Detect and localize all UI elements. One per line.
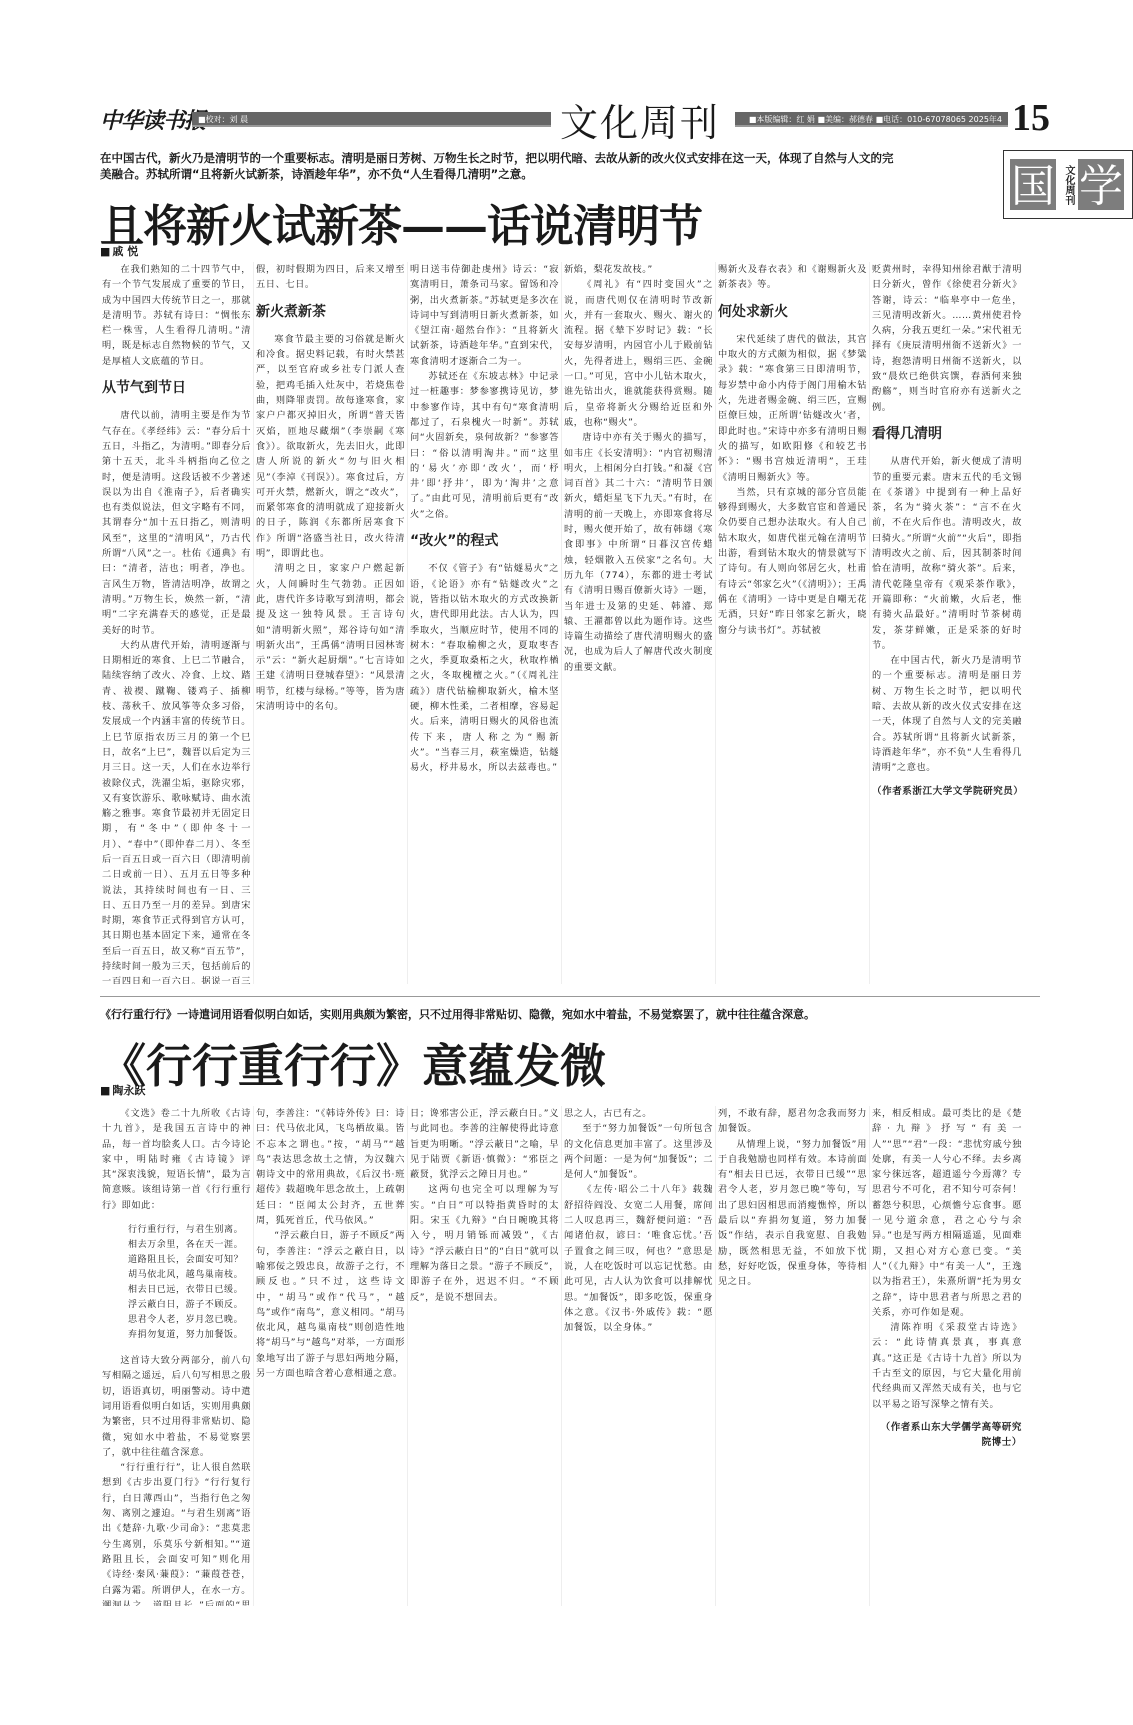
article2-lede: 《行行重行行》一诗遣词用语看似明白如话，实则用典颇为繁密，只不过用得非常贴切、隐… [100,1006,1040,1022]
poem-line: 相去万余里，各在天一涯。 [128,1238,251,1253]
paragraph: 唐诗中亦有关于赐火的描写，如韦庄《长安清明》：“内官初赐清明火，上相闲分白打钱。… [564,430,713,675]
newspaper-logo: 中华读书报 [100,104,205,135]
paragraph: 唐代以前，清明主要是作为节气存在。《孝经纬》云：“春分后十五日，斗指乙，为清明。… [102,408,251,637]
editor-info-bar: ■本版编辑：红 娟 ■美编：郝德春 ■电话：010-67078065 2025年… [735,112,1008,127]
paragraph: 当然，只有京城的部分官员能够得到赐火，大多数官宦和普通民众仍要自己想办法取火。有… [718,485,867,638]
paragraph: 清陈祚明《采菽堂古诗选》云：“此诗情真景真，事真意真。”这正是《古诗十九首》所以… [872,1320,1022,1412]
badge-middle-text: 文化周刊 [1060,157,1074,212]
masthead: 中华读书报 ■校对：刘 晨 文化周刊 ■本版编辑：红 娟 ■美编：郝德春 ■电话… [100,92,1040,140]
section-heading: 新火煮新茶 [256,305,405,320]
section-heading: “改火”的程式 [410,534,559,549]
author-note: （作者系山东大学儒学高等研究院博士） [872,1420,1022,1451]
article2-column-1: 《文选》卷二十九所收《古诗十九首》，是我国五言诗中的神品，每一首均脍炙人口。古今… [100,1106,254,1606]
paragraph: 明日送韦侍御赴虔州》诗云：“寂寞清明日，萧条司马家。留饧和冷粥，出火煮新茶。”苏… [410,262,559,369]
paragraph: 从情理上说，“努力加餐饭”用于自我勉励也同样有效。本诗前面有“相去日已远，衣带日… [718,1137,867,1290]
paragraph: 至于“努力加餐饭”一句所包含的文化信息更加丰富了。这里涉及两个问题：一是为何“加… [564,1121,713,1182]
poem-line: 相去日已远，衣带日已缓。 [128,1283,251,1298]
poem-line: 道路阻且长，会面安可知？ [128,1253,251,1268]
article2-title: 《行行重行行》意蕴发微 [100,1030,606,1096]
paragraph: “浮云蔽白日，游子不顾反”两句，李善注：“浮云之蔽白日，以喻邪佞之毁忠良，故游子… [256,1228,405,1381]
paragraph: 思之人，古已有之。 [564,1106,713,1121]
paragraph: 列，不敢有辞，愿君勿念我而努力加餐饭。 [718,1106,867,1137]
poem-line: 行行重行行，与君生别离。 [128,1223,251,1238]
section-heading: 何处求新火 [718,305,867,320]
paragraph: 这两句也完全可以理解为写实。“白日”可以特指黄昏时的太阳。宋玉《九辩》“白日晼晚… [410,1182,559,1304]
section-heading: 从节气到节日 [102,381,251,396]
paragraph: 不仅《管子》有“钻燧易火”之语，《论语》亦有“钻燧改火”之说，皆指以钻木取火的方… [410,561,559,775]
badge-left-char: 国 [1008,157,1058,212]
guoxue-badge: 国 文化周刊 学 [1003,150,1133,219]
proofreader-bar: ■校对：刘 晨 [192,112,551,127]
paragraph: 《左传·昭公二十八年》载魏舒招待阎没、女宽二人用餐，席间二人叹息再三，魏舒便问道… [564,1182,713,1335]
paragraph: 《周礼》有“四时变国火”之说，而唐代则仅在清明时节改新火，并有一套取火、赐火、谢… [564,277,713,430]
article1-column-6: 贬黄州时，幸得知州徐君猷于清明日分新火，曾作《徐使君分新火》答谢，诗云：“临皋亭… [870,262,1024,984]
paragraph: 宋代延续了唐代的做法，其宫中取火的方式颇为相似，据《梦粱录》载：“寒食第三日即清… [718,332,867,485]
article1-column-4: 新焰，梨花发故枝。” 《周礼》有“四时变国火”之说，而唐代则仅在清明时节改新火，… [562,262,716,984]
author-note: （作者系浙江大学文学院研究员） [872,784,1022,799]
paragraph: 从唐代开始，新火便成了清明节的重要元素。唐末五代的毛文锡在《茶谱》中提到有一种上… [872,454,1022,653]
badge-right-char: 学 [1076,157,1126,212]
article2-column-3: 日；谗邪害公正，浮云蔽白日。”义与此同也。李善的注解使得此诗意旨更为明晰。“浮云… [408,1106,562,1606]
article1-column-3: 明日送韦侍御赴虔州》诗云：“寂寞清明日，萧条司马家。留饧和冷粥，出火煮新茶。”苏… [408,262,562,984]
poem-line: 胡马依北风，越鸟巢南枝。 [128,1268,251,1283]
page-number: 15 [1012,96,1050,140]
paragraph: 来，相反相成。最可类比的是《楚辞·九辩》抒写“有美一人”“思”“君”一段：“悲忧… [872,1106,1022,1320]
article1-column-1: 在我们熟知的二十四节气中，有一个节气发展成了重要的节日，成为中国四大传统节日之一… [100,262,254,984]
paragraph: 贬黄州时，幸得知州徐君猷于清明日分新火，曾作《徐使君分新火》答谢，诗云：“临皋亭… [872,262,1022,415]
article-divider [100,996,1040,997]
paragraph: 寒食节最主要的习俗就是断火和冷食。据史料记载，有时火禁甚严，以至官府或乡社专门派… [256,332,405,561]
article1-byline: 戚 悦 [100,243,138,259]
article2-byline: 陶永跃 [100,1082,145,1098]
poem-line: 浮云蔽白日，游子不顾反。 [128,1298,251,1313]
paragraph: 日；谗邪害公正，浮云蔽白日。”义与此同也。李善的注解使得此诗意旨更为明晰。“浮云… [410,1106,559,1182]
article1-body: 在我们熟知的二十四节气中，有一个节气发展成了重要的节日，成为中国四大传统节日之一… [100,262,1024,984]
paragraph: 这首诗大致分两部分，前八句写相隔之遥远，后八句写相思之殷切，语语真切，明丽警动。… [102,1353,251,1460]
paragraph: 苏轼还在《东坡志林》中记录过一桩趣事：梦参寥携诗见访，梦中参寥作诗，其中有句“寒… [410,369,559,522]
poem-line: 思君令人老，岁月忽已晚。 [128,1313,251,1328]
article1-lede: 在中国古代，新火乃是清明节的一个重要标志。清明是丽日芳树、万物生长之时节，把以明… [100,150,900,182]
article1-title: 且将新火试新茶——话说清明节 [100,190,702,254]
section-heading: 看得几清明 [872,427,1022,442]
paragraph: 清明之日，家家户户燃起新火，人间瞬时生气勃勃。正因如此，唐代许多诗歌写到清明，都… [256,561,405,714]
article2-column-4: 思之人，古已有之。 至于“努力加餐饭”一句所包含的文化信息更加丰富了。这里涉及两… [562,1106,716,1606]
paragraph: 在中国古代，新火乃是清明节的一个重要标志。清明是丽日芳树、万物生长之时节，把以明… [872,653,1022,775]
article2-column-6: 来，相反相成。最可类比的是《楚辞·九辩》抒写“有美一人”“思”“君”一段：“悲忧… [870,1106,1024,1606]
article1-column-2: 假，初时假期为四日，后来又增至五日、七日。 新火煮新茶 寒食节最主要的习俗就是断… [254,262,408,984]
paragraph: 新焰，梨花发故枝。” [564,262,713,277]
paragraph: 赐新火及春衣表》和《谢赐新火及新茶表》等。 [718,262,867,293]
paragraph: 《文选》卷二十九所收《古诗十九首》，是我国五言诗中的神品，每一首均脍炙人口。古今… [102,1106,251,1213]
paragraph: 大约从唐代开始，清明逐渐与日期相近的寒食、上巳二节融合，陆续容纳了改火、冷食、上… [102,638,251,984]
section-title: 文化周刊 [560,92,720,147]
paragraph: “行行重行行”，让人很自然联想到《古步出夏门行》“行行复行行，白日薄西山”，当指… [102,1460,251,1606]
newspaper-page: 中华读书报 ■校对：刘 晨 文化周刊 ■本版编辑：红 娟 ■美编：郝德春 ■电话… [100,0,1040,1725]
paragraph: 假，初时假期为四日，后来又增至五日、七日。 [256,262,405,293]
article1-column-5: 赐新火及春衣表》和《谢赐新火及新茶表》等。 何处求新火 宋代延续了唐代的做法，其… [716,262,870,984]
paragraph: 在我们熟知的二十四节气中，有一个节气发展成了重要的节日，成为中国四大传统节日之一… [102,262,251,369]
paragraph: 句，李善注：“《韩诗外传》曰：诗曰：代马依北风，飞鸟栖故巢。皆不忘本之谓也。”按… [256,1106,405,1228]
article2-column-5: 列，不敢有辞，愿君勿念我而努力加餐饭。 从情理上说，“努力加餐饭”用于自我勉励也… [716,1106,870,1606]
article2-body: 《文选》卷二十九所收《古诗十九首》，是我国五言诗中的神品，每一首均脍炙人口。古今… [100,1106,1024,1606]
poem-block: 行行重行行，与君生别离。 相去万余里，各在天一涯。 道路阻且长，会面安可知？ 胡… [102,1223,251,1343]
poem-line: 弃捐勿复道，努力加餐饭。 [128,1328,251,1343]
article2-column-2: 句，李善注：“《韩诗外传》曰：诗曰：代马依北风，飞鸟栖故巢。皆不忘本之谓也。”按… [254,1106,408,1606]
